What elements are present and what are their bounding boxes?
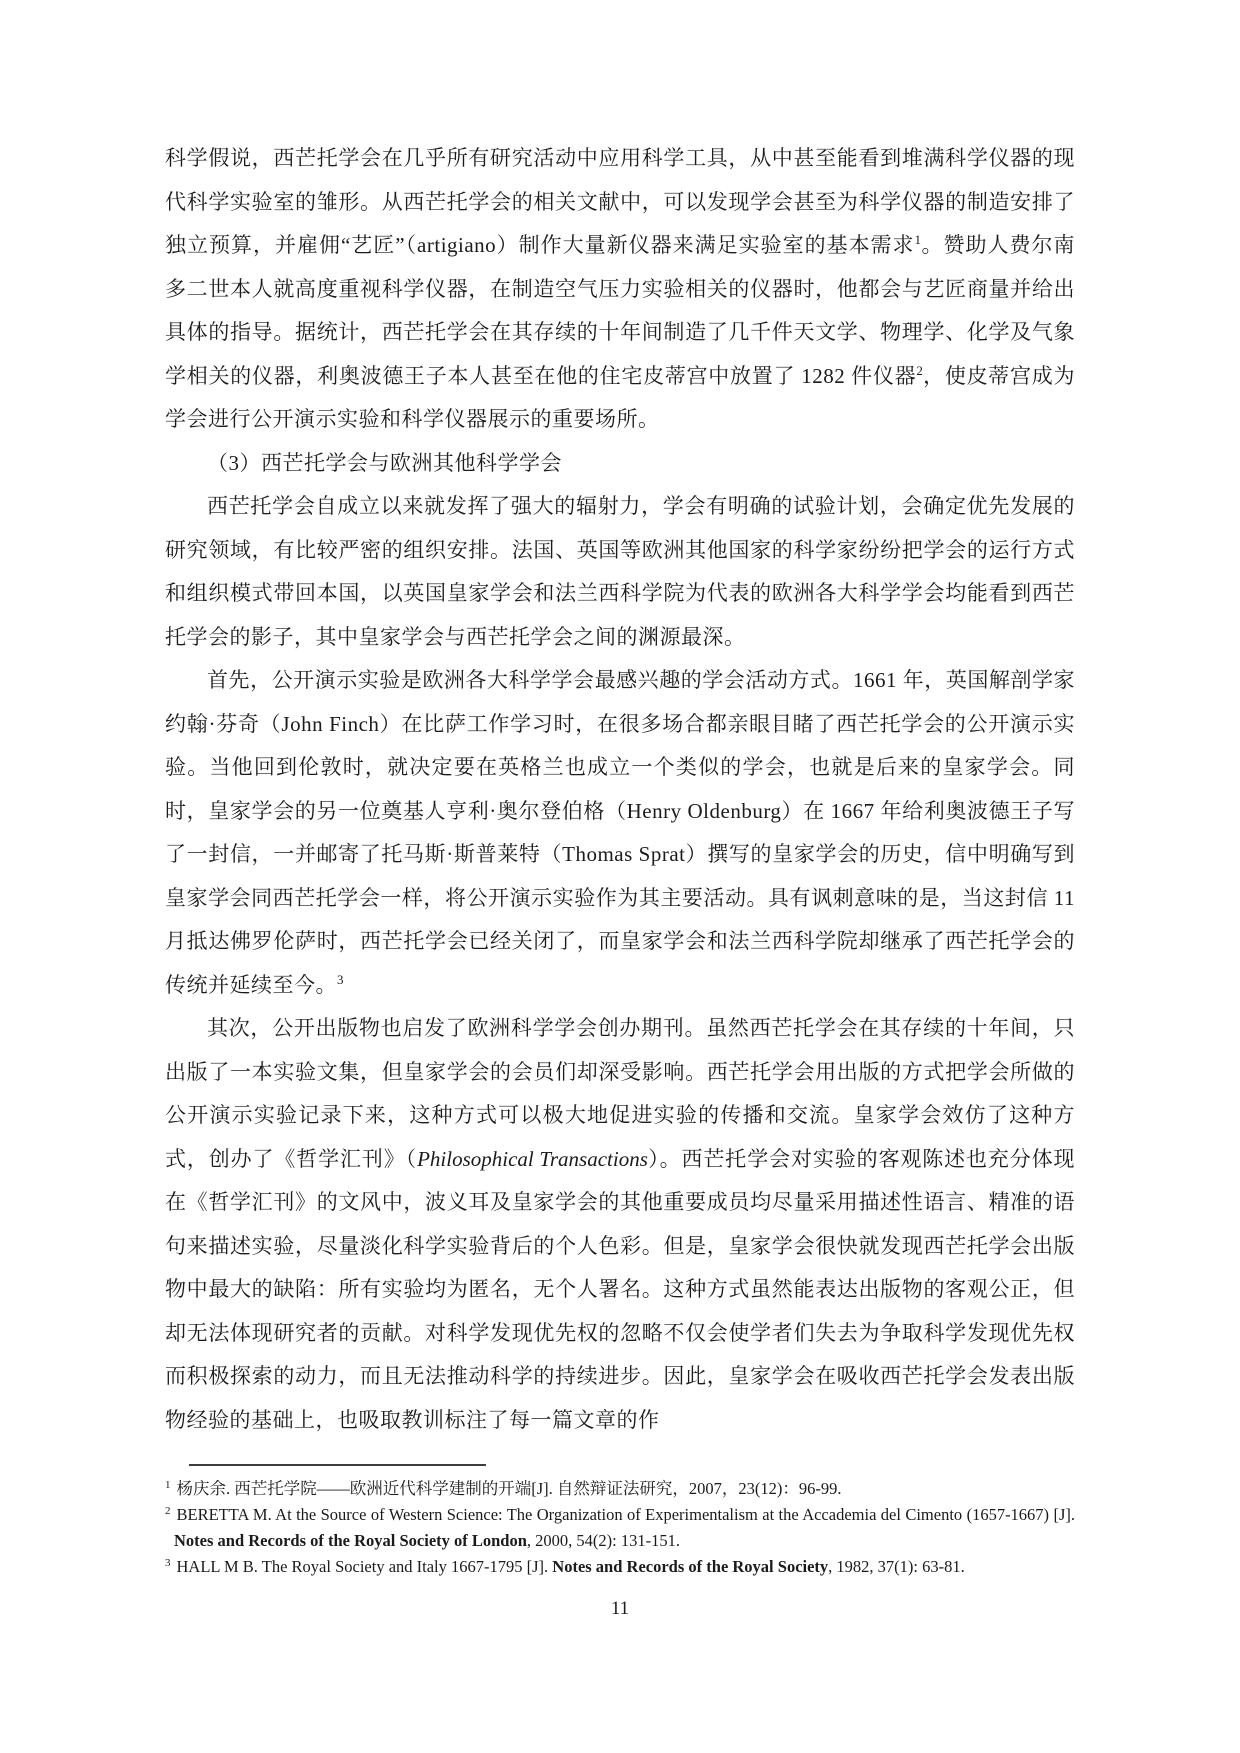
footnote-separator: [189, 1464, 486, 1466]
text-segment: Philosophical Transactions: [417, 1147, 648, 1171]
text-segment: 杨庆余. 西芒托学院——欧洲近代科学建制的开端[J]. 自然辩证法研究，2007…: [177, 1479, 842, 1498]
text-segment: Notes and Records of the Royal Society: [552, 1557, 828, 1576]
body-paragraphs: 科学假说，西芒托学会在几乎所有研究活动中应用科学工具，从中甚至能看到堆满科学仪器…: [165, 137, 1075, 1442]
text-segment: HALL M B. The Royal Society and Italy 16…: [177, 1557, 553, 1576]
footnote-marker: 2: [165, 1505, 171, 1517]
text-segment: ）。西芒托学会对实验的客观陈述也充分体现在《哲学汇刊》的文风中，波义耳及皇家学会…: [165, 1147, 1075, 1432]
text-segment: （3）西芒托学会与欧洲其他科学学会: [207, 451, 562, 475]
text-segment: Notes and Records of the Royal Society o…: [174, 1531, 527, 1550]
footnote-ref: 3: [337, 972, 344, 987]
footnote-area: 1杨庆余. 西芒托学院——欧洲近代科学建制的开端[J]. 自然辩证法研究，200…: [165, 1464, 1075, 1580]
heading-section-3: （3）西芒托学会与欧洲其他科学学会: [165, 442, 1075, 486]
footnote-item: 1杨庆余. 西芒托学院——欧洲近代科学建制的开端[J]. 自然辩证法研究，200…: [165, 1476, 1075, 1502]
text-segment: , 2000, 54(2): 131-151.: [527, 1531, 680, 1550]
paragraph-scientific-instruments: 科学假说，西芒托学会在几乎所有研究活动中应用科学工具，从中甚至能看到堆满科学仪器…: [165, 137, 1075, 442]
text-segment: , 1982, 37(1): 63-81.: [828, 1557, 965, 1576]
document-page: 科学假说，西芒托学会在几乎所有研究活动中应用科学工具，从中甚至能看到堆满科学仪器…: [0, 0, 1240, 1753]
footnote-item: 2BERETTA M. At the Source of Western Sci…: [165, 1502, 1075, 1554]
paragraph-influence: 西芒托学会自成立以来就发挥了强大的辐射力，学会有明确的试验计划，会确定优先发展的…: [165, 485, 1075, 659]
page-number: 11: [0, 1598, 1240, 1620]
paragraph-public-demonstration: 首先，公开演示实验是欧洲各大科学学会最感兴趣的学会活动方式。1661 年，英国解…: [165, 659, 1075, 1007]
text-segment: BERETTA M. At the Source of Western Scie…: [177, 1505, 1076, 1524]
text-segment: 西芒托学会自成立以来就发挥了强大的辐射力，学会有明确的试验计划，会确定优先发展的…: [165, 494, 1075, 649]
paragraph-publications: 其次，公开出版物也启发了欧洲科学学会创办期刊。虽然西芒托学会在其存续的十年间，只…: [165, 1007, 1075, 1442]
footnote-marker: 3: [165, 1557, 171, 1569]
footnote-item: 3HALL M B. The Royal Society and Italy 1…: [165, 1554, 1075, 1580]
text-segment: 首先，公开演示实验是欧洲各大科学学会最感兴趣的学会活动方式。1661 年，英国解…: [165, 668, 1075, 997]
footnote-marker: 1: [165, 1479, 171, 1491]
footnotes-list: 1杨庆余. 西芒托学院——欧洲近代科学建制的开端[J]. 自然辩证法研究，200…: [165, 1476, 1075, 1580]
